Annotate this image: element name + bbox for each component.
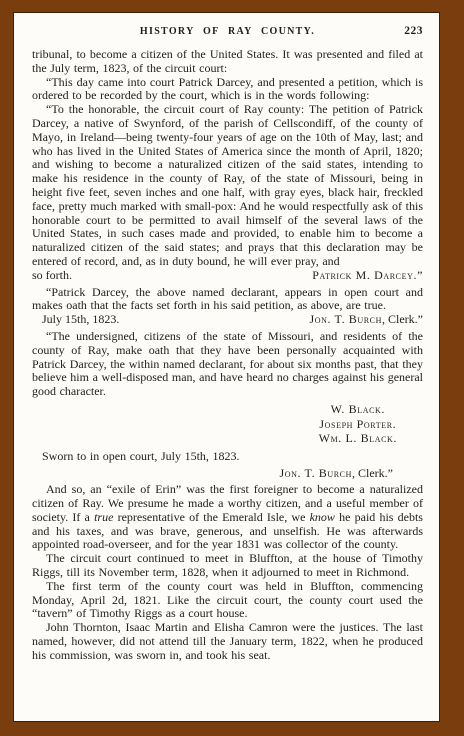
sworn-clerk-title: , Clerk.” — [352, 466, 393, 480]
paragraph-petition-presented: “This day came into court Patrick Darcey… — [32, 76, 423, 104]
paragraph-justices: John Thornton, Isaac Martin and Elisha C… — [32, 621, 423, 662]
paragraph-exile-of-erin: And so, an “exile of Erin” was the first… — [32, 483, 423, 552]
exile-text-b: representative of the Emerald Isle, we — [113, 510, 309, 524]
clerk-attestation: Jon. T. Burch, Clerk.” — [310, 313, 423, 327]
exile-italic-true: true — [94, 510, 113, 524]
paragraph-witnesses-oath: “The undersigned, citizens of the state … — [32, 330, 423, 399]
witness-signature-3: Wm. L. Black. — [319, 431, 397, 446]
sworn-statement: Sworn to in open court, July 15th, 1823. — [32, 450, 423, 464]
paragraph-oath: “Patrick Darcey, the above named declara… — [32, 286, 423, 314]
clerk-title: , Clerk.” — [382, 312, 423, 326]
exile-italic-know: know — [310, 510, 335, 524]
petition-closing-line: so forth. Patrick M. Darcey.” — [32, 269, 423, 283]
paragraph-petition-text: “To the honorable, the circuit court of … — [32, 103, 423, 269]
sworn-clerk-line: Jon. T. Burch, Clerk.” — [32, 467, 423, 481]
witness-signature-2: Joseph Porter. — [319, 417, 397, 432]
paragraph-circuit-court: The circuit court continued to meet in B… — [32, 552, 423, 580]
clerk-name: Jon. T. Burch — [310, 312, 382, 326]
date-clerk-line: July 15th, 1823. Jon. T. Burch, Clerk.” — [32, 313, 423, 327]
so-forth-text: so forth. — [32, 269, 72, 283]
paragraph-continuation-tribunal: tribunal, to become a citizen of the Uni… — [32, 48, 423, 76]
page-number: 223 — [404, 25, 423, 37]
scanned-book-page: HISTORY OF RAY COUNTY. 223 tribunal, to … — [13, 12, 440, 722]
darcey-signature: Patrick M. Darcey.” — [312, 269, 423, 283]
witness-signature-1: W. Black. — [319, 402, 397, 417]
page-title: HISTORY OF RAY COUNTY. — [32, 26, 423, 37]
sworn-clerk-name: Jon. T. Burch — [280, 466, 352, 480]
witness-signatures: W. Black. Joseph Porter. Wm. L. Black. — [319, 402, 397, 446]
paragraph-county-court: The first term of the county court was h… — [32, 580, 423, 621]
running-header: HISTORY OF RAY COUNTY. 223 — [32, 26, 423, 40]
oath-date: July 15th, 1823. — [32, 313, 119, 327]
